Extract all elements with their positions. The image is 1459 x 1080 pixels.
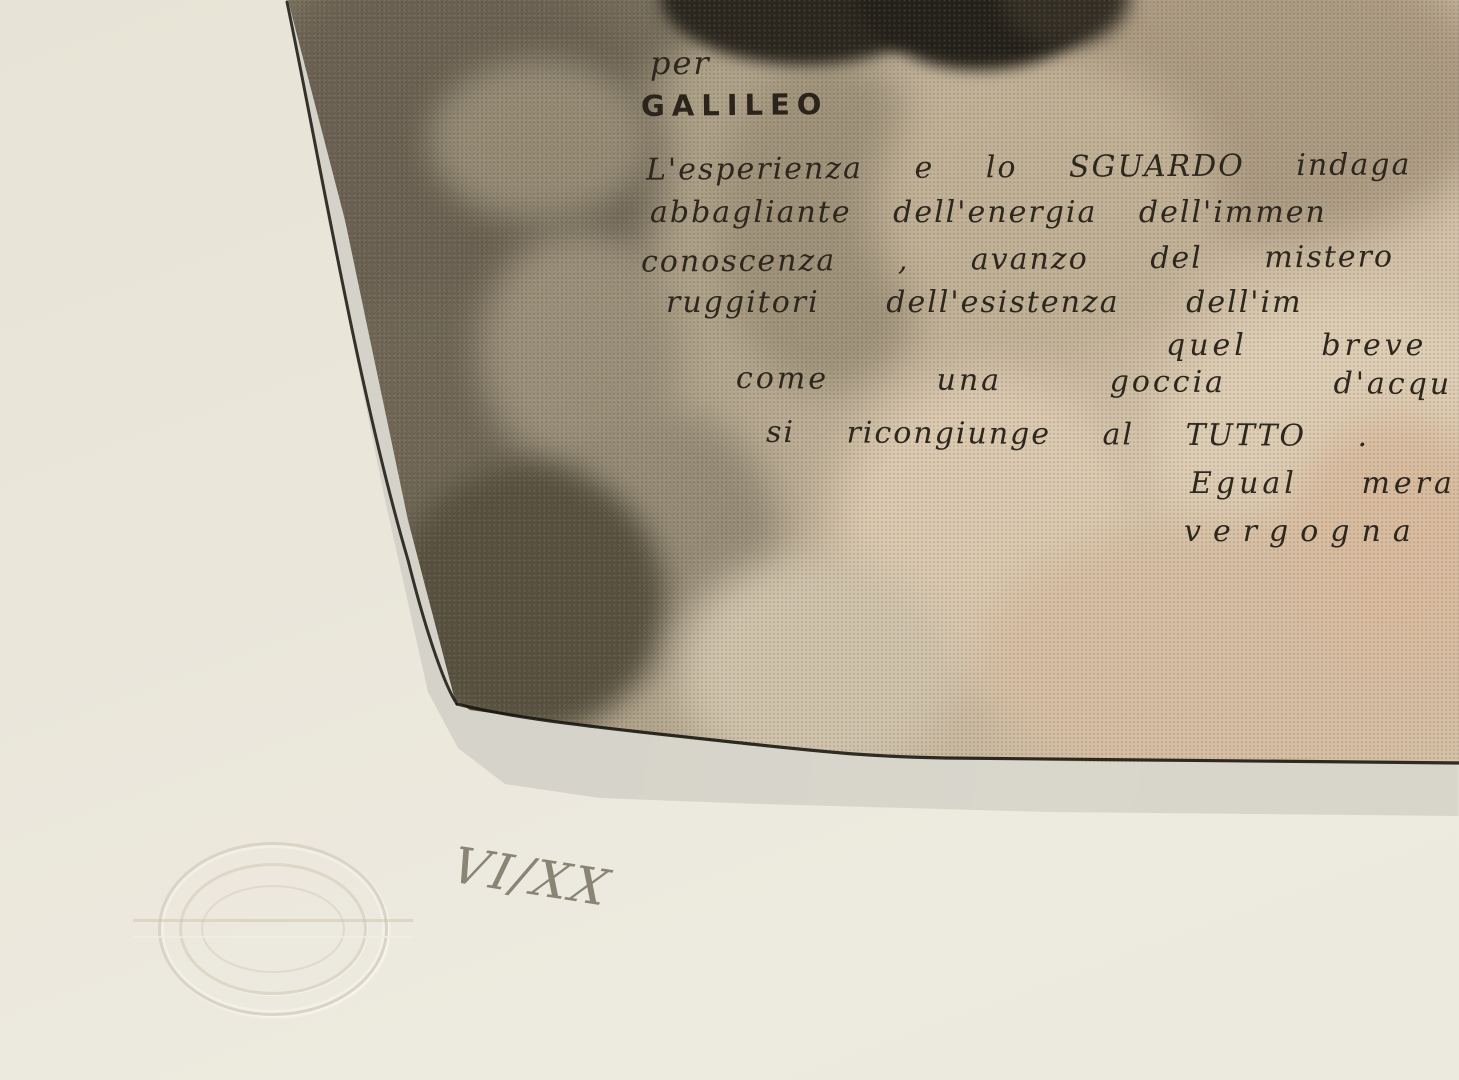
inscription-line: vergogna: [1184, 514, 1423, 549]
inscription-line: abbagliante dell'energia dell'immen: [650, 195, 1327, 230]
dedication-line: per: [650, 44, 711, 82]
inscription-line: L'esperienza e lo SGUARDO indaga: [646, 147, 1412, 187]
dedication-name: GALILEO: [641, 87, 829, 123]
blindstamp-bar: [133, 919, 413, 938]
wash-blob: [555, 410, 780, 680]
inscription-line: quel breve: [1166, 328, 1427, 363]
edition-number: VI/XX: [445, 836, 617, 917]
artwork-photo: per GALILEO L'esperienza e lo SGUARDO in…: [0, 0, 1459, 1080]
ink-blot: [855, 0, 1105, 70]
wash-blob: [300, 0, 700, 100]
inscription-line: Egual mera: [1190, 466, 1456, 501]
inscription-line: si ricongiunge al TUTTO .: [766, 415, 1369, 454]
wash-blob: [975, 515, 1459, 800]
inscription-line: conoscenza , avanzo del mistero: [641, 239, 1394, 279]
ink-blot: [1000, 0, 1130, 45]
wash-blob: [230, 0, 660, 380]
wash-blob: [430, 60, 650, 220]
inscription-line: ruggitori dell'esistenza dell'im: [666, 285, 1303, 320]
inscription-line: come una goccia d'acqu: [736, 361, 1452, 402]
embossed-blindstamp: [158, 842, 388, 1016]
